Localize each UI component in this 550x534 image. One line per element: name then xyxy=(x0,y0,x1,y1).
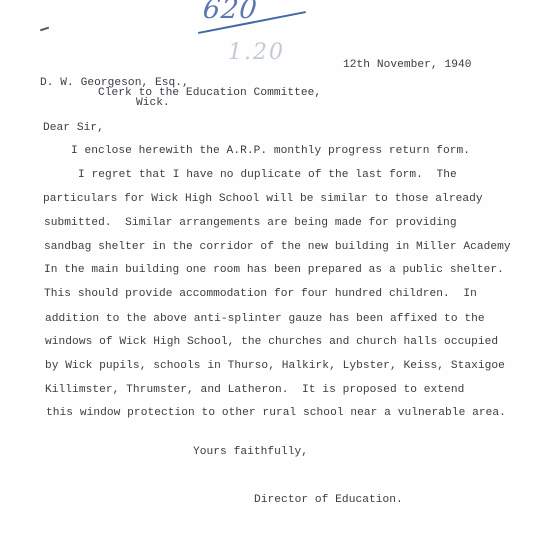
body-line: by Wick pupils, schools in Thurso, Halki… xyxy=(45,360,505,372)
body-line: addition to the above anti-splinter gauz… xyxy=(45,313,485,325)
body-line: this window protection to other rural sc… xyxy=(46,407,506,419)
closing: Yours faithfully, xyxy=(193,446,308,458)
body-line: windows of Wick High School, the churche… xyxy=(45,336,498,348)
recipient-title: Clerk to the Education Committee, xyxy=(98,87,321,99)
body-line: I regret that I have no duplicate of the… xyxy=(78,169,457,181)
paragraph-enclosure: I enclose herewith the A.R.P. monthly pr… xyxy=(71,145,470,157)
body-line: In the main building one room has been p… xyxy=(44,264,504,276)
recipient-place: Wick. xyxy=(136,97,170,109)
body-line: Killimster, Thrumster, and Latheron. It … xyxy=(45,384,464,396)
body-line: particulars for Wick High School will be… xyxy=(43,193,483,205)
body-line: sandbag shelter in the corridor of the n… xyxy=(44,241,511,253)
body-line: This should provide accommodation for fo… xyxy=(44,288,477,300)
margin-mark xyxy=(40,27,49,31)
handwritten-reference-bottom: 1.20 xyxy=(228,40,285,65)
body-line: submitted. Similar arrangements are bein… xyxy=(44,217,457,229)
signatory: Director of Education. xyxy=(254,494,403,506)
letter-page: 620 1.20 12th November, 1940 D. W. Georg… xyxy=(0,0,550,534)
letter-date: 12th November, 1940 xyxy=(343,59,472,71)
salutation: Dear Sir, xyxy=(43,122,104,134)
